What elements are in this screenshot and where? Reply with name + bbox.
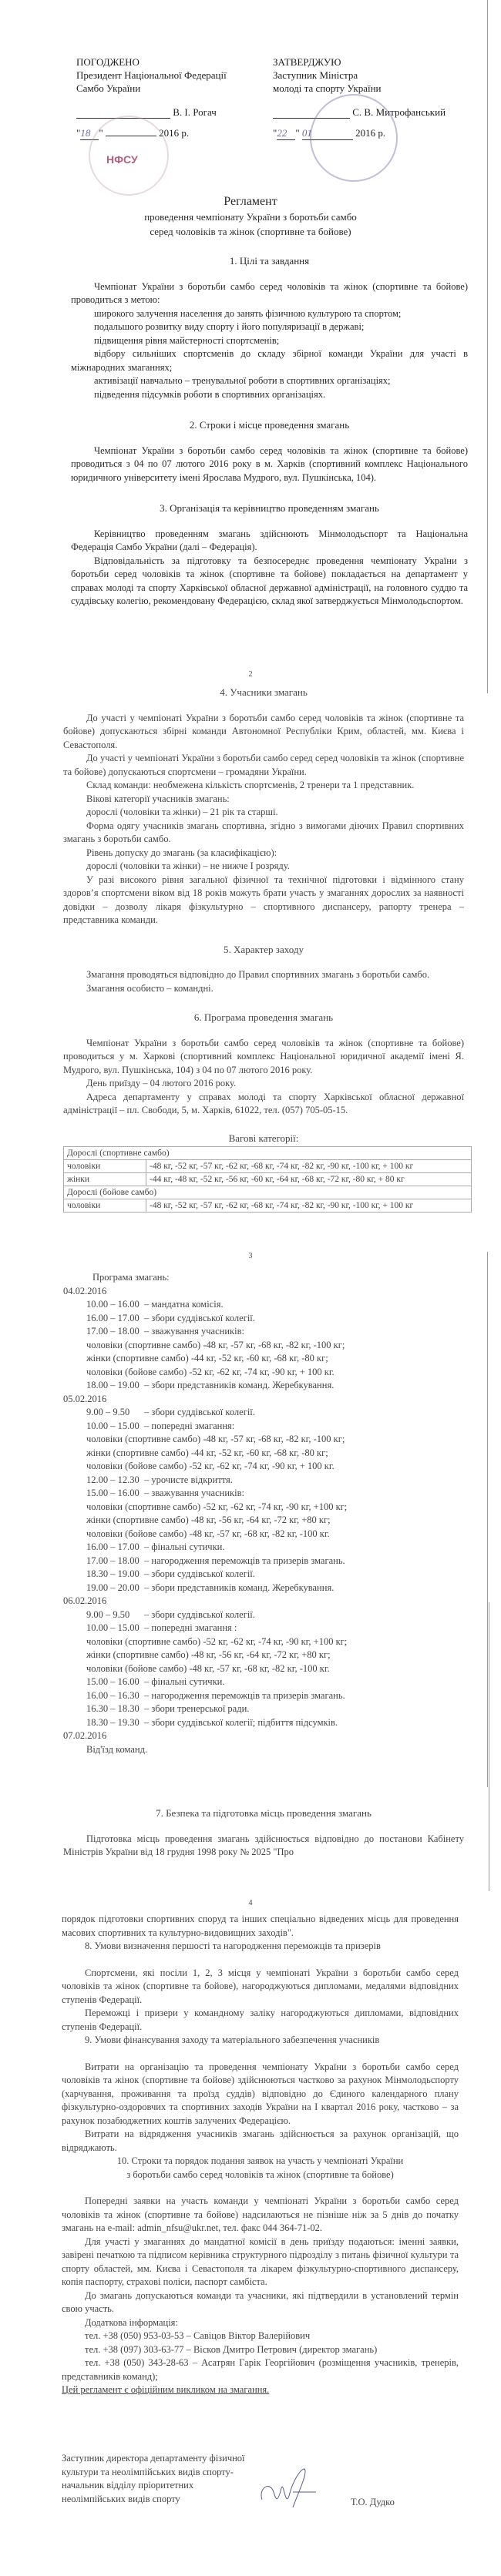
program-event: жінки (спортивне самбо) -48 кг, -56 кг, … — [63, 1649, 464, 1662]
signature-icon — [254, 2465, 324, 2511]
section-5-p2: Змагання особисто – командні. — [63, 982, 464, 996]
section-4-p2: До участі у чемпіонаті України з боротьб… — [63, 752, 464, 779]
section-1-item: відбору сильніших спортсменів до складу … — [71, 347, 468, 374]
section-7: 7. Безпека та підготовка місць проведенн… — [63, 1806, 464, 1860]
title-sub1: проведення чемпіонату України з боротьби… — [0, 210, 501, 224]
program-event: 19.00 – 20.00 – збори представників кома… — [63, 1581, 464, 1595]
program-event: чоловіки (бойове самбо) -48 кг, -57 кг, … — [63, 1528, 464, 1541]
weights-title: Вагові категорії: — [63, 1132, 464, 1145]
contact-line: тел. +38 (050) 953-03-53 – Савіцов Вікто… — [62, 2329, 459, 2343]
program-event: 16.00 – 17.00 – збори суддівської колегі… — [63, 1312, 464, 1326]
program-event: 16.30 – 18.30 – збори тренерської ради. — [63, 1702, 464, 1716]
section-1-item: широкого залучення населення до занять ф… — [71, 307, 468, 321]
title-sub2: серед чоловіків та жінок (спортивне та б… — [0, 224, 501, 239]
section-1-item: активізації навчально – тренувальної роб… — [71, 374, 468, 388]
approval-left-line2: Самбо України — [76, 82, 227, 95]
weights-row: Дорослі (спортивне самбо) — [64, 1147, 472, 1160]
section-10-heading-1: 10. Строки та порядок подання заявок на … — [62, 2155, 459, 2168]
program: Програма змагань: 04.02.201610.00 – 16.0… — [63, 1271, 464, 1756]
program-event: 12.00 – 12.30 – урочисте відкриття. — [63, 1474, 464, 1488]
program-event: 10.00 – 16.00 – мандатна комісія. — [63, 1298, 464, 1312]
program-event: 18.00 – 19.00 – збори представників кома… — [63, 1379, 464, 1393]
weights-table: Дорослі (спортивне самбо)чоловіки-48 кг,… — [63, 1146, 472, 1213]
document-title: Регламент проведення чемпіонату України … — [0, 194, 501, 239]
section-3-p1: Керівництво проведенням змагань здійснюю… — [71, 528, 468, 555]
section-10-p2: Для участі у змаганнях до мандатної комі… — [62, 2236, 459, 2289]
section-6-heading: 6. Програма проведення змагань — [63, 1011, 464, 1025]
section-8-p2: Переможці і призери у командному заліку … — [62, 2007, 459, 2034]
program-event: чоловіки (спортивне самбо) -48 кг, -57 к… — [63, 1339, 464, 1353]
program-event: 16.00 – 17.00 – фінальні сутички. — [63, 1541, 464, 1555]
page-number: 2 — [0, 670, 501, 679]
section-2-text: Чемпіонат України з боротьби самбо серед… — [71, 444, 468, 485]
section-4-p7: Рівень допуску до змагань (за класифікац… — [63, 847, 464, 860]
page-edge-3 — [487, 1252, 488, 1787]
section-1-item: подальшого розвитку виду спорту і його п… — [71, 320, 468, 334]
section-8-p1: Спортсмени, які посіли 1, 2, 3 місця у ч… — [62, 1967, 459, 2007]
signoff-name: Т.О. Дудко — [351, 2497, 395, 2508]
weights-row: чоловіки-48 кг, -52 кг, -57 кг, -62 кг, … — [64, 1160, 472, 1173]
program-event: 18.30 – 19.00 – збори суддівської колегі… — [63, 1568, 464, 1581]
page-edge-3b — [489, 1602, 489, 1891]
section-8-heading: 8. Умови визначення першості та нагородж… — [62, 1940, 459, 1954]
page1-body: 1. Цілі та завдання Чемпіонат України з … — [71, 254, 468, 609]
program-event: чоловіки (бойове самбо) -48 кг, -57 кг, … — [63, 1662, 464, 1676]
section-1-heading: 1. Цілі та завдання — [71, 254, 468, 268]
section-6-p3: Адреса департаменту у справах молоді та … — [63, 1091, 464, 1118]
program-event: чоловіки (спортивне самбо) -52 кг, -62 к… — [63, 1635, 464, 1649]
official-call-note: Цей регламент є офіційним викликом на зм… — [62, 2383, 459, 2397]
program-days: 04.02.201610.00 – 16.00 – мандатна коміс… — [63, 1285, 464, 1757]
weights-values: -48 кг, -52 кг, -57 кг, -62 кг, -68 кг, … — [146, 1160, 472, 1173]
program-date: 04.02.2016 — [63, 1285, 464, 1299]
program-event: чоловіки (бойове самбо) -52 кг, -62 кг, … — [63, 1366, 464, 1380]
signoff-line2: культури та неолімпійських видів спорту- — [62, 2466, 245, 2480]
section-10-p1: Попередні заявки на участь команди у чем… — [62, 2195, 459, 2236]
section-1-intro: Чемпіонат України з боротьби самбо серед… — [71, 280, 468, 307]
program-event: 15.00 – 16.00 – зважування учасників: — [63, 1487, 464, 1501]
section-6-p2: День приїзду – 04 лютого 2016 року. — [63, 1077, 464, 1091]
contact-line: тел. +38 (050) 343-28-63 – Асатрян Гарік… — [62, 2356, 459, 2383]
page-number: 3 — [0, 1252, 501, 1260]
section-4-heading: 4. Учасники змагань — [63, 686, 464, 699]
program-event: чоловіки (спортивне самбо) -48 кг, -57 к… — [63, 1433, 464, 1447]
page4-body: порядок підготовки спортивних споруд та … — [62, 1913, 459, 2397]
section-10-p4: Додаткова інформація: — [62, 2316, 459, 2330]
stamp-right — [310, 94, 398, 182]
program-event: Від'їзд команд. — [63, 1743, 464, 1757]
program-event: 17.00 – 18.00 – зважування учасників: — [63, 1325, 464, 1339]
program-event: жінки (спортивне самбо) -48 кг, -56 кг, … — [63, 1514, 464, 1528]
section-4-p9: У разі високого рівня загальної фізичної… — [63, 874, 464, 927]
section-4-p6: Форма одягу учасників змагань спортивна,… — [63, 820, 464, 847]
program-event: 9.00 – 9.50 – збори суддівської колегії. — [63, 1608, 464, 1622]
program-date: 06.02.2016 — [63, 1595, 464, 1608]
program-event: чоловіки (спортивне самбо) -52 кг, -62 к… — [63, 1501, 464, 1514]
program-event: 18.30 – 19.30 – збори суддівської колегі… — [63, 1716, 464, 1730]
section-9-p1: Витрати на організацію та проведення чем… — [62, 2061, 459, 2128]
section-4-p4: Вікові категорії учасників змагань: — [63, 793, 464, 807]
program-event: жінки (спортивне самбо) -44 кг, -52 кг, … — [63, 1447, 464, 1461]
approval-left-name: В. І. Рогач — [173, 106, 217, 118]
program-event: 15.00 – 16.00 – фінальні сутички. — [63, 1675, 464, 1689]
section-3-p2: Відповідальність за підготовку та безпос… — [71, 555, 468, 609]
signoff-line4: неолімпійських видів спорту — [62, 2493, 245, 2507]
program-event: 10.00 – 15.00 – попередні змагання: — [63, 1420, 464, 1434]
section-5-p1: Змагання проводяться відповідно до Прави… — [63, 968, 464, 982]
program-event: 9.00 – 9.50 – збори суддівської колегії. — [63, 1406, 464, 1420]
section-7-p1a: Підготовка місць проведення змагань здій… — [63, 1833, 464, 1860]
weights-gender: чоловіки — [64, 1199, 146, 1213]
title-main: Регламент — [0, 194, 501, 210]
page-edge-1 — [487, 0, 488, 693]
approval-right-heading: ЗАТВЕРДЖУЮ — [273, 55, 446, 69]
section-4-p5: дорослі (чоловіки та жінки) – 21 рік та … — [63, 806, 464, 820]
section-7-heading: 7. Безпека та підготовка місць проведенн… — [63, 1806, 464, 1820]
section-10-heading-2: з боротьби самбо серед чоловіків та жіно… — [62, 2168, 459, 2182]
section-9-p2: Витрати на відрядження учасників змагань… — [62, 2128, 459, 2155]
section-5-heading: 5. Характер заходу — [63, 943, 464, 957]
section-9-heading: 9. Умови фінансування заходу та матеріал… — [62, 2034, 459, 2048]
section-1-item: підвищення рівня майстерності спортсмені… — [71, 334, 468, 348]
weights-gender: жінки — [64, 1173, 146, 1186]
signoff-line1: Заступник директора департаменту фізично… — [62, 2452, 245, 2466]
page-number: 4 — [0, 1899, 501, 1907]
section-4-p3: Склад команди: необмежена кількість спор… — [63, 779, 464, 793]
weights-row: Дорослі (бойове самбо) — [64, 1186, 472, 1199]
section-1-item: підведення підсумків роботи в спортивних… — [71, 388, 468, 402]
signoff-line3: начальник відділу пріоритетних — [62, 2479, 245, 2493]
program-event: 16.00 – 16.30 – нагородження переможців … — [63, 1689, 464, 1703]
approval-left-heading: ПОГОДЖЕНО — [76, 55, 227, 69]
weights-values: -44 кг, -48 кг, -52 кг, -56 кг, -60 кг, … — [146, 1173, 472, 1186]
weights-group-label: Дорослі (бойове самбо) — [64, 1186, 472, 1199]
weights-gender: чоловіки — [64, 1160, 146, 1173]
program-event: 17.00 – 18.00 – нагородження переможців … — [63, 1555, 464, 1568]
weights-values: -48 кг, -52 кг, -57 кг, -62 кг, -68 кг, … — [146, 1199, 472, 1213]
section-2-heading: 2. Строки і місце проведення змагань — [71, 418, 468, 432]
program-date: 05.02.2016 — [63, 1393, 464, 1407]
section-4-p8: дорослі (чоловіки та жінки) – не нижче I… — [63, 860, 464, 874]
section-10-p3: До змагань допускаються команди та учасн… — [62, 2289, 459, 2316]
program-event: жінки (спортивне самбо) -44 кг, -52 кг, … — [63, 1352, 464, 1366]
weights-row: жінки-44 кг, -48 кг, -52 кг, -56 кг, -60… — [64, 1173, 472, 1186]
weights-group-label: Дорослі (спортивне самбо) — [64, 1147, 472, 1160]
signoff-block: Заступник директора департаменту фізично… — [62, 2452, 245, 2506]
section-6-p1: Чемпіонат України з боротьби самбо серед… — [63, 1037, 464, 1078]
section-4-p1: До участі у чемпіонаті України з боротьб… — [63, 712, 464, 753]
contact-line: тел. +38 (097) 303-63-77 – Вісков Дмитро… — [62, 2343, 459, 2357]
program-title: Програма змагань: — [63, 1271, 464, 1285]
program-event: 10.00 – 15.00 – попередні змагання : — [63, 1622, 464, 1635]
approval-right-line2: молоді та спорту України — [273, 82, 446, 95]
page2-body: 4. Учасники змагань До участі у чемпіона… — [63, 686, 464, 1213]
weights-row: чоловіки-48 кг, -52 кг, -57 кг, -62 кг, … — [64, 1199, 472, 1213]
stamp-left-text: НФСУ — [106, 153, 138, 166]
approval-right-line1: Заступник Міністра — [273, 69, 446, 82]
section-7-p1b: порядок підготовки спортивних споруд та … — [62, 1913, 459, 1940]
section-3-heading: 3. Організація та керівництво проведення… — [71, 501, 468, 515]
approval-left-line1: Президент Національної Федерації — [76, 69, 227, 82]
approval-right-day: 22 — [277, 126, 295, 140]
program-date: 07.02.2016 — [63, 1729, 464, 1743]
program-event: чоловіки (бойове самбо) -52 кг, -62 кг, … — [63, 1460, 464, 1474]
